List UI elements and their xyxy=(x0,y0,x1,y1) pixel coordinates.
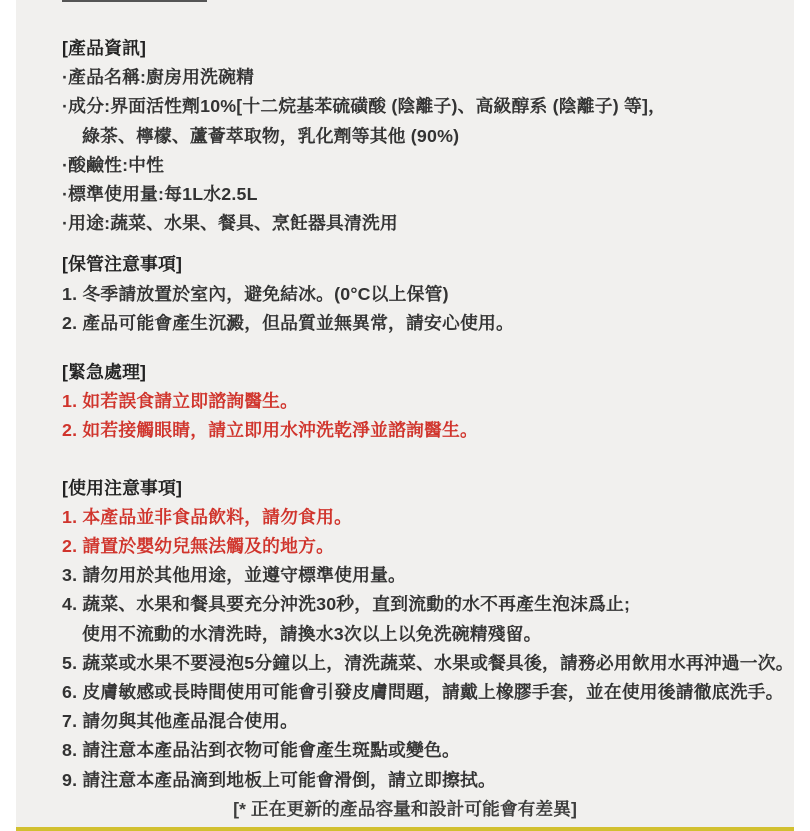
text-line: 1. 冬季請放置於室內，避免結冰。(0°C以上保管) xyxy=(62,280,794,309)
text-line: ·標準使用量:每1L水2.5L xyxy=(62,180,794,209)
section-emergency-treatment: [緊急處理]1. 如若誤食請立即諮詢醫生。2. 如若接觸眼睛，請立即用水沖洗乾淨… xyxy=(62,358,794,446)
text-line: 2. 如若接觸眼睛，請立即用水沖洗乾淨並諮詢醫生。 xyxy=(62,416,794,445)
section-heading: [使用注意事項] xyxy=(62,474,794,503)
text-line: 1. 本產品並非食品飲料，請勿食用。 xyxy=(62,503,794,532)
section-heading: [產品資訊] xyxy=(62,34,794,63)
text-line: 4. 蔬菜、水果和餐具要充分沖洗30秒，直到流動的水不再產生泡沫爲止; xyxy=(62,590,794,619)
text-line: 9. 請注意本產品滴到地板上可能會滑倒，請立即擦拭。 xyxy=(62,766,794,795)
text-line: 綠茶、檸檬、蘆薈萃取物，乳化劑等其他 (90%) xyxy=(62,122,794,151)
text-line: ·酸鹼性:中性 xyxy=(62,151,794,180)
section-storage-precautions: [保管注意事項]1. 冬季請放置於室內，避免結冰。(0°C以上保管)2. 產品可… xyxy=(62,250,794,338)
section-heading: [緊急處理] xyxy=(62,358,794,387)
text-line: 1. 如若誤食請立即諮詢醫生。 xyxy=(62,387,794,416)
text-line: 6. 皮膚敏感或長時間使用可能會引發皮膚問題，請戴上橡膠手套，並在使用後請徹底洗… xyxy=(62,678,794,707)
footer-disclaimer: [* 正在更新的產品容量和設計可能會有差異] xyxy=(16,795,794,824)
text-line: 5. 蔬菜或水果不要浸泡5分鐘以上，清洗蔬菜、水果或餐具後，請務必用飲用水再沖過… xyxy=(62,649,794,678)
bottom-yellow-divider xyxy=(16,827,794,831)
text-area: [產品資訊]·產品名稱:廚房用洗碗精·成分:界面活性劑10%[十二烷基苯硫磺酸 … xyxy=(16,0,794,824)
text-line: ·成分:界面活性劑10%[十二烷基苯硫磺酸 (陰離子)、高級醇系 (陰離子) 等… xyxy=(62,92,794,121)
text-line: 2. 產品可能會產生沉澱，但品質並無異常，請安心使用。 xyxy=(62,309,794,338)
text-line: ·產品名稱:廚房用洗碗精 xyxy=(62,63,794,92)
section-usage-precautions: [使用注意事項]1. 本產品並非食品飲料，請勿食用。2. 請置於嬰幼兒無法觸及的… xyxy=(62,474,794,795)
text-line: 使用不流動的水清洗時，請換水3次以上以免洗碗精殘留。 xyxy=(62,620,794,649)
text-line: ·用途:蔬菜、水果、餐具、烹飪器具清洗用 xyxy=(62,209,794,238)
section-heading: [保管注意事項] xyxy=(62,250,794,279)
text-line: 3. 請勿用於其他用途，並遵守標準使用量。 xyxy=(62,561,794,590)
text-line: 7. 請勿與其他產品混合使用。 xyxy=(62,707,794,736)
section-product-info: [產品資訊]·產品名稱:廚房用洗碗精·成分:界面活性劑10%[十二烷基苯硫磺酸 … xyxy=(62,34,794,238)
sections-container: [產品資訊]·產品名稱:廚房用洗碗精·成分:界面活性劑10%[十二烷基苯硫磺酸 … xyxy=(62,34,794,795)
text-line: 2. 請置於嬰幼兒無法觸及的地方。 xyxy=(62,532,794,561)
cropped-element-edge xyxy=(62,0,207,2)
text-line: 8. 請注意本產品沾到衣物可能會產生斑點或變色。 xyxy=(62,736,794,765)
product-description-panel: [產品資訊]·產品名稱:廚房用洗碗精·成分:界面活性劑10%[十二烷基苯硫磺酸 … xyxy=(16,0,794,831)
